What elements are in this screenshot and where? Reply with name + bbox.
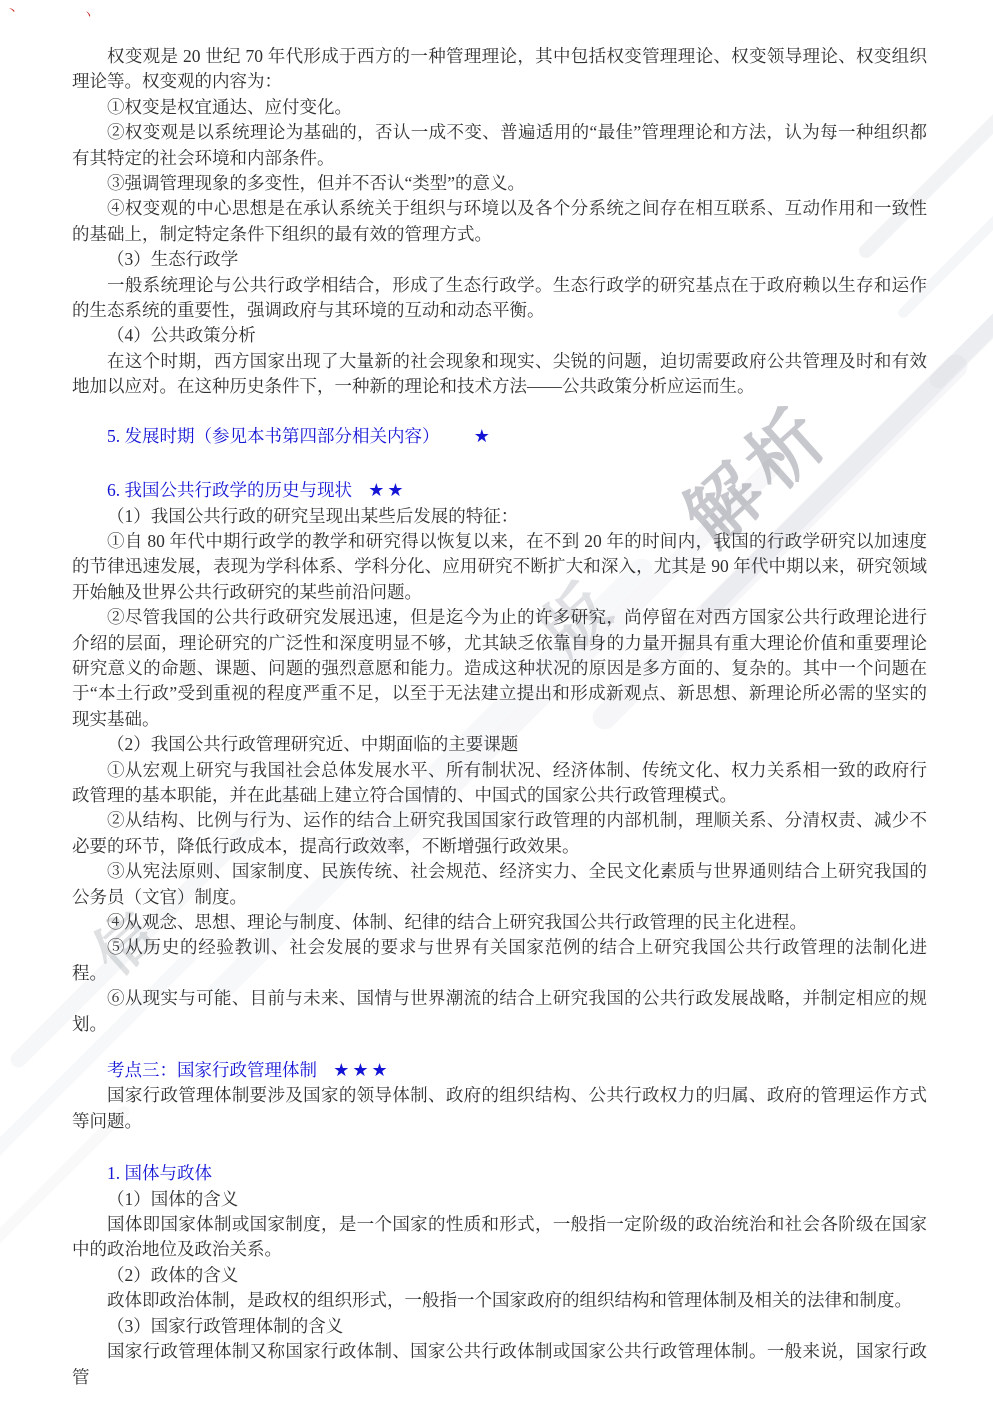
list-item: ⑤从历史的经验教训、社会发展的要求与世界有关国家范例的结合上研究我国公共行政管理… — [72, 935, 927, 986]
list-item: ③从宪法原则、国家制度、民族传统、社会规范、经济实力、全民文化素质与世界通则结合… — [72, 859, 927, 910]
list-item: ④权变观的中心思想是在承认系统关于组织与环境以及各个分系统之间存在相互联系、互动… — [72, 196, 927, 247]
list-item: ②尽管我国的公共行政研究发展迅速，但是迄今为止的许多研究，尚停留在对西方国家公共… — [72, 605, 927, 732]
list-item: ②从结构、比例与行为、运作的结合上研究我国国家行政管理的内部机制，理顺关系、分清… — [72, 808, 927, 859]
section-heading-6: 6. 我国公共行政学的历史与现状★★ — [72, 478, 927, 503]
red-artifact-mark: 丶 — [5, 4, 19, 18]
importance-stars: ★ — [474, 424, 493, 449]
list-item: ①从宏观上研究与我国社会总体发展水平、所有制状况、经济体制、传统文化、权力关系相… — [72, 758, 927, 809]
paragraph: 一般系统理论与公共行政学相结合，形成了生态行政学。生态行政学的研究基点在于政府赖… — [72, 273, 927, 324]
list-item: ①权变是权宜通达、应付变化。 — [72, 95, 927, 120]
heading-text: 1. 国体与政体 — [107, 1163, 212, 1183]
list-item: ②权变观是以系统理论为基础的，否认一成不变、普遍适用的“最佳”管理理论和方法，认… — [72, 120, 927, 171]
list-item: ①自 80 年代中期行政学的教学和研究得以恢复以来，在不到 20 年的时间内，我… — [72, 529, 927, 605]
heading-text: 6. 我国公共行政学的历史与现状 — [107, 480, 352, 500]
list-item: ③强调管理现象的多变性，但并不否认“类型”的意义。 — [72, 171, 927, 196]
document-page: 解析 版 信 丶 丶 权变观是 20 世纪 70 年代形成于西方的一种管理理论，… — [0, 0, 993, 1404]
list-item: ④从观念、思想、理论与制度、体制、纪律的结合上研究我国公共行政管理的民主化进程。 — [72, 910, 927, 935]
section-heading-5: 5. 发展时期（参见本书第四部分相关内容）★ — [72, 424, 927, 449]
section-heading-kaodian3: 考点三：国家行政管理体制★★★ — [72, 1058, 927, 1083]
sub-item-heading: （1）我国公共行政的研究呈现出某些后发展的特征： — [72, 504, 927, 529]
sub-item-heading: （4）公共政策分析 — [72, 323, 927, 348]
paragraph: 在这个时期，西方国家出现了大量新的社会现象和现实、尖锐的问题，迫切需要政府公共管… — [72, 349, 927, 400]
paragraph: 权变观是 20 世纪 70 年代形成于西方的一种管理理论，其中包括权变管理理论、… — [72, 44, 927, 95]
page-content: 权变观是 20 世纪 70 年代形成于西方的一种管理理论，其中包括权变管理理论、… — [72, 44, 927, 1390]
paragraph: 国家行政管理体制又称国家行政体制、国家公共行政体制或国家公共行政管理体制。一般来… — [72, 1339, 927, 1390]
heading-text: 5. 发展时期（参见本书第四部分相关内容） — [107, 426, 440, 446]
paragraph: 国体即国家体制或国家制度，是一个国家的性质和形式，一般指一定阶级的政治统治和社会… — [72, 1212, 927, 1263]
importance-stars: ★★★ — [333, 1058, 390, 1083]
sub-item-heading: （2）我国公共行政管理研究近、中期面临的主要课题 — [72, 732, 927, 757]
paragraph: 国家行政管理体制要涉及国家的领导体制、政府的组织结构、公共行政权力的归属、政府的… — [72, 1083, 927, 1134]
paragraph: 政体即政治体制，是政权的组织形式，一般指一个国家政府的组织结构和管理体制及相关的… — [72, 1288, 927, 1313]
sub-item-heading: （2）政体的含义 — [72, 1263, 927, 1288]
list-item: ⑥从现实与可能、目前与未来、国情与世界潮流的结合上研究我国的公共行政发展战略，并… — [72, 986, 927, 1037]
importance-stars: ★★ — [368, 478, 406, 503]
red-artifact-mark: 丶 — [81, 8, 95, 22]
section-heading-1: 1. 国体与政体 — [72, 1161, 927, 1186]
sub-item-heading: （3）生态行政学 — [72, 247, 927, 272]
sub-item-heading: （3）国家行政管理体制的含义 — [72, 1314, 927, 1339]
watermark-streak — [927, 225, 993, 392]
sub-item-heading: （1）国体的含义 — [72, 1187, 927, 1212]
heading-text: 考点三：国家行政管理体制 — [107, 1060, 317, 1080]
